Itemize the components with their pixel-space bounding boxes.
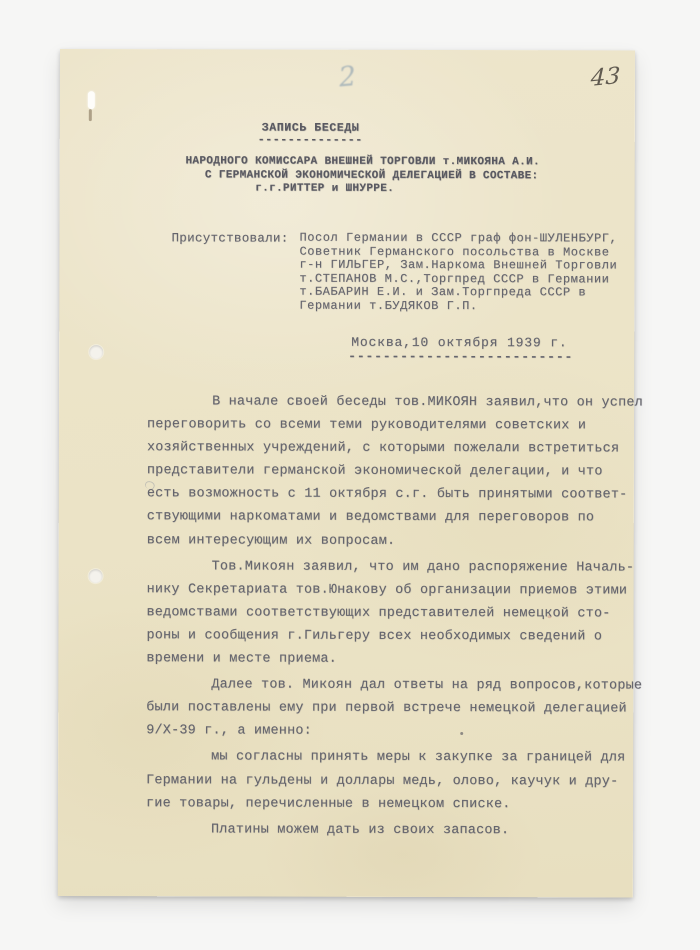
body-line: времени и месте приема. xyxy=(146,647,632,671)
body-line: Германии на гульдены и доллары медь, оло… xyxy=(146,769,632,793)
body-line: Далее тов. Микоян дал ответы на ряд вопр… xyxy=(146,673,632,697)
body-line: гие товары, перечисленные в немецком спи… xyxy=(146,792,632,816)
body-line: есть возможность с 11 октября с.г. быть … xyxy=(147,483,633,507)
subtitle-line: г.г.РИТТЕР и ШНУРРЕ. xyxy=(255,183,394,195)
subtitle-line: С ГЕРМАНСКОЙ ЭКОНОМИЧЕСКОЙ ДЕЛЕГАЦИЕЙ В … xyxy=(205,169,539,182)
punch-hole-top xyxy=(89,345,103,359)
body-line: ствующими наркоматами и ведомствами для … xyxy=(147,506,633,530)
document-page: 2 43 ЗАПИСЬ БЕСЕДЫ -------------- НАРОДН… xyxy=(58,49,635,898)
attendees-label: Присутствовали: xyxy=(171,231,288,245)
body-line: переговорить со всеми теми руководителям… xyxy=(147,413,633,437)
scan-background: 2 43 ЗАПИСЬ БЕСЕДЫ -------------- НАРОДН… xyxy=(0,0,700,950)
body-line: Тов.Микоян заявил, что им дано распоряже… xyxy=(147,555,633,579)
archival-page-number: 2 xyxy=(338,61,358,93)
body-line: роны и сообщения г.Гильгеру всех необход… xyxy=(146,624,632,648)
body-line: 9/Х-39 г., а именно: xyxy=(146,720,632,744)
subtitle-line: НАРОДНОГО КОМИССАРА ВНЕШНЕЙ ТОРГОВЛИ т.М… xyxy=(185,155,540,168)
folio-number: 43 xyxy=(590,63,621,92)
document-title-underline: -------------- xyxy=(258,134,363,147)
body-line: нику Секретариата тов.Юнакову об организ… xyxy=(147,578,633,602)
attendees-list: Посол Германии в СССР граф фон-ШУЛЕНБУРГ… xyxy=(299,232,644,314)
attendee-line: Германии т.БУДЯКОВ Г.П. xyxy=(299,300,644,314)
punch-hole-bottom xyxy=(89,569,103,583)
body-line: всем интересующим их вопросам. xyxy=(147,529,633,553)
body-line: В начале своей беседы тов.МИКОЯН заявил,… xyxy=(147,390,633,414)
document-subtitle: НАРОДНОГО КОМИССАРА ВНЕШНЕЙ ТОРГОВЛИ т.М… xyxy=(60,49,635,51)
body-line: ведомствами соответствующих представител… xyxy=(146,601,632,625)
body-line: хозяйственных учреждений, с которыми пож… xyxy=(147,436,633,460)
dateline-underline: -------------------------- xyxy=(348,349,573,365)
body-line: представители германской экономической д… xyxy=(147,460,633,484)
paper-edge-stain xyxy=(89,109,92,121)
paper-edge-nick xyxy=(88,91,95,109)
document-body: В начале своей беседы тов.МИКОЯН заявил,… xyxy=(146,390,633,842)
body-line: были поставлены ему при первой встрече н… xyxy=(146,696,632,720)
body-line: Платины можем дать из своих запасов. xyxy=(146,818,632,842)
body-line: мы согласны принять меры к закупке за гр… xyxy=(146,746,632,770)
